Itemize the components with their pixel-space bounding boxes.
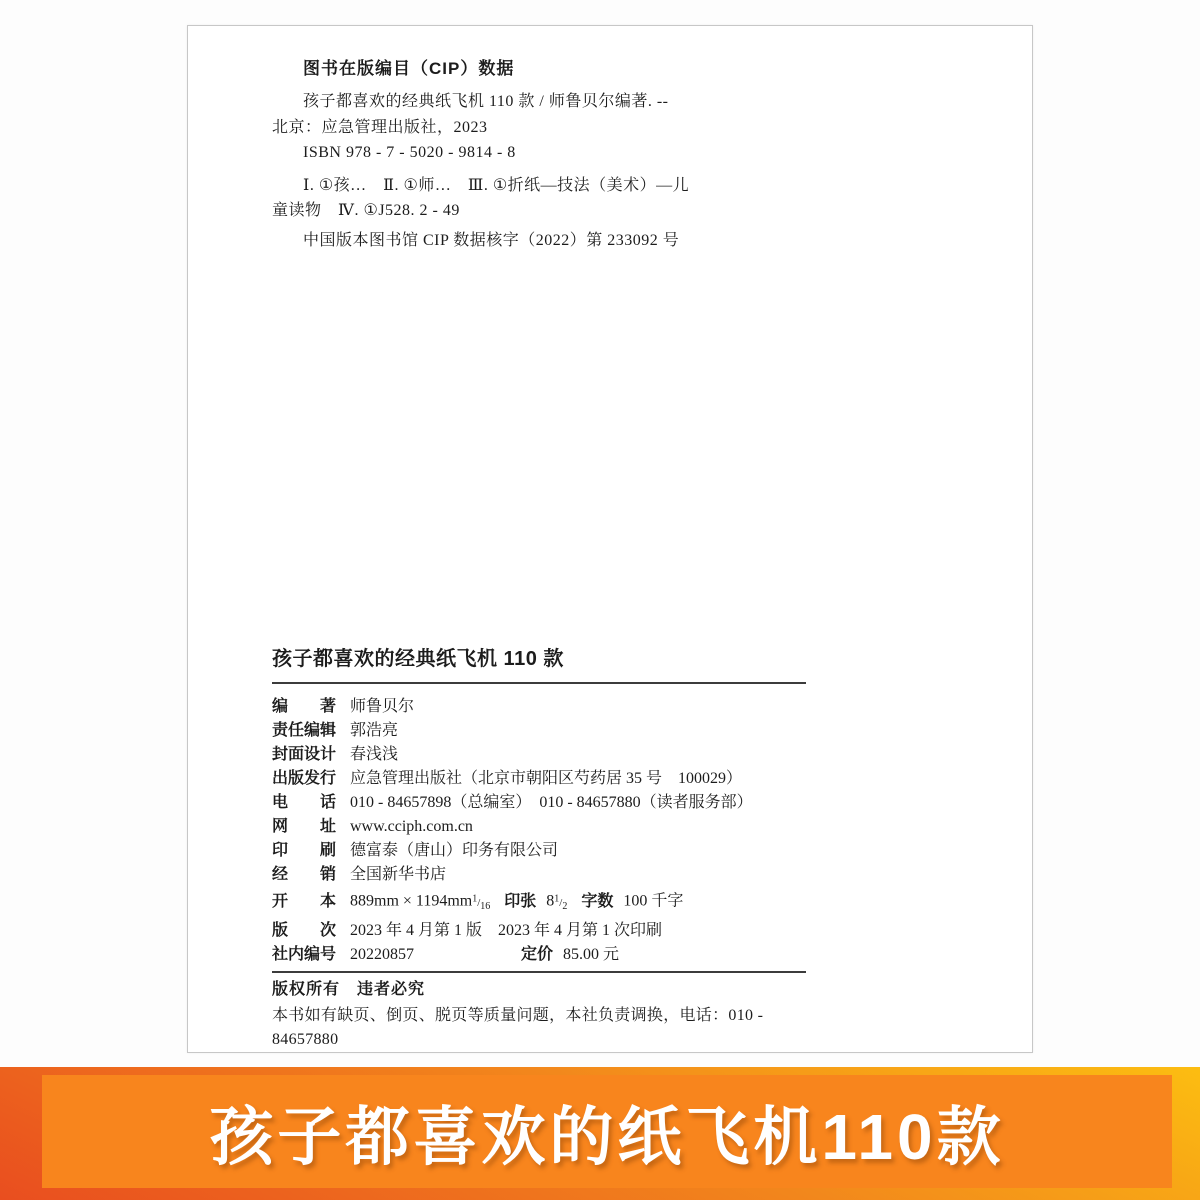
divider-line (272, 971, 806, 973)
cip-line: 北京：应急管理出版社，2023 (272, 115, 852, 141)
credit-value: 郭浩亮 (350, 722, 398, 739)
divider-line (272, 682, 806, 684)
publishing-row: 电 话010 - 84657898（总编室） 010 - 84657880（读者… (272, 791, 828, 815)
credit-label: 编 著 (272, 695, 350, 719)
publishing-row-website: 网 址www.cciph.com.cn (272, 815, 828, 839)
credit-value: 师鲁贝尔 (350, 698, 414, 715)
publishing-label: 经 销 (272, 863, 350, 887)
publishing-value: 010 - 84657898（总编室） 010 - 84657880（读者服务部… (350, 794, 753, 811)
cip-line-isbn: ISBN 978 - 7 - 5020 - 9814 - 8 (272, 140, 852, 166)
quality-disclaimer: 本书如有缺页、倒页、脱页等质量问题，本社负责调换，电话：010 - 846578… (272, 1004, 828, 1052)
copyright-page: 图书在版编目（CIP）数据 孩子都喜欢的经典纸飞机 110 款 / 师鲁贝尔编著… (187, 25, 1033, 1053)
sheets-label: 印张 (504, 893, 536, 910)
banner-title: 孩子都喜欢的纸飞机110款 (209, 1086, 1004, 1178)
colophon-section: 孩子都喜欢的经典纸飞机 110 款 编 著师鲁贝尔 责任编辑郭浩亮 封面设计春浅… (272, 646, 828, 1052)
specs-row-edition: 版 次2023 年 4 月第 1 版 2023 年 4 月第 1 次印刷 (272, 919, 828, 943)
bottom-banner: 孩子都喜欢的纸飞机110款 (0, 1067, 1200, 1200)
spec-label: 开 本 (272, 890, 350, 914)
banner-inner-panel: 孩子都喜欢的纸飞机110款 (42, 1075, 1172, 1188)
cip-line-classification: Ⅰ. ①孩… Ⅱ. ①师… Ⅲ. ①折纸—技法（美术）—儿 (272, 173, 852, 199)
publishing-label: 出版发行 (272, 767, 350, 791)
price-value: 85.00 元 (563, 946, 619, 963)
sheets-fraction: 1/2 (554, 897, 567, 909)
serial-value: 20220857 (350, 943, 507, 967)
publishing-label: 电 话 (272, 791, 350, 815)
website-url: www.cciph.com.cn (350, 818, 473, 835)
book-title: 孩子都喜欢的经典纸飞机 110 款 (272, 646, 828, 672)
product-image: 图书在版编目（CIP）数据 孩子都喜欢的经典纸飞机 110 款 / 师鲁贝尔编著… (0, 0, 1200, 1200)
credit-label: 责任编辑 (272, 719, 350, 743)
price-label: 定价 (521, 946, 553, 963)
cip-line-registry: 中国版本图书馆 CIP 数据核字（2022）第 233092 号 (272, 228, 852, 254)
publishing-row: 经 销全国新华书店 (272, 863, 828, 887)
publishing-row: 印 刷德富泰（唐山）印务有限公司 (272, 839, 828, 863)
cip-section: 图书在版编目（CIP）数据 孩子都喜欢的经典纸飞机 110 款 / 师鲁贝尔编著… (272, 56, 852, 253)
publishing-label: 印 刷 (272, 839, 350, 863)
specs-row-serial: 社内编号20220857定价85.00 元 (272, 943, 828, 967)
words-label: 字数 (581, 893, 613, 910)
cip-line-classification: 童读物 Ⅳ. ①J528. 2 - 49 (272, 198, 852, 224)
cip-line: 孩子都喜欢的经典纸飞机 110 款 / 师鲁贝尔编著. -- (272, 89, 852, 115)
credit-value: 春浅浅 (350, 746, 398, 763)
credit-row: 责任编辑郭浩亮 (272, 719, 828, 743)
spec-label: 版 次 (272, 919, 350, 943)
spec-label: 社内编号 (272, 943, 350, 967)
publishing-value: 全国新华书店 (350, 866, 446, 883)
publishing-value: 应急管理出版社（北京市朝阳区芍药居 35 号 100029） (350, 770, 742, 787)
credit-label: 封面设计 (272, 743, 350, 767)
copyright-notice: 版权所有 违者必究 (272, 978, 828, 1002)
publishing-value: 德富泰（唐山）印务有限公司 (350, 842, 558, 859)
publishing-label: 网 址 (272, 815, 350, 839)
specs-row-format: 开 本889mm × 1194mm1/16印张81/2字数100 千字 (272, 887, 828, 919)
publishing-row: 出版发行应急管理出版社（北京市朝阳区芍药居 35 号 100029） (272, 767, 828, 791)
cip-header: 图书在版编目（CIP）数据 (303, 56, 852, 82)
format-fraction: 1/16 (472, 897, 490, 909)
edition-value: 2023 年 4 月第 1 版 2023 年 4 月第 1 次印刷 (350, 922, 662, 939)
colophon-rows: 编 著师鲁贝尔 责任编辑郭浩亮 封面设计春浅浅 出版发行应急管理出版社（北京市朝… (272, 695, 828, 967)
credit-row: 编 著师鲁贝尔 (272, 695, 828, 719)
format-value: 889mm × 1194mm (350, 893, 472, 910)
words-value: 100 千字 (623, 893, 683, 910)
credit-row: 封面设计春浅浅 (272, 743, 828, 767)
